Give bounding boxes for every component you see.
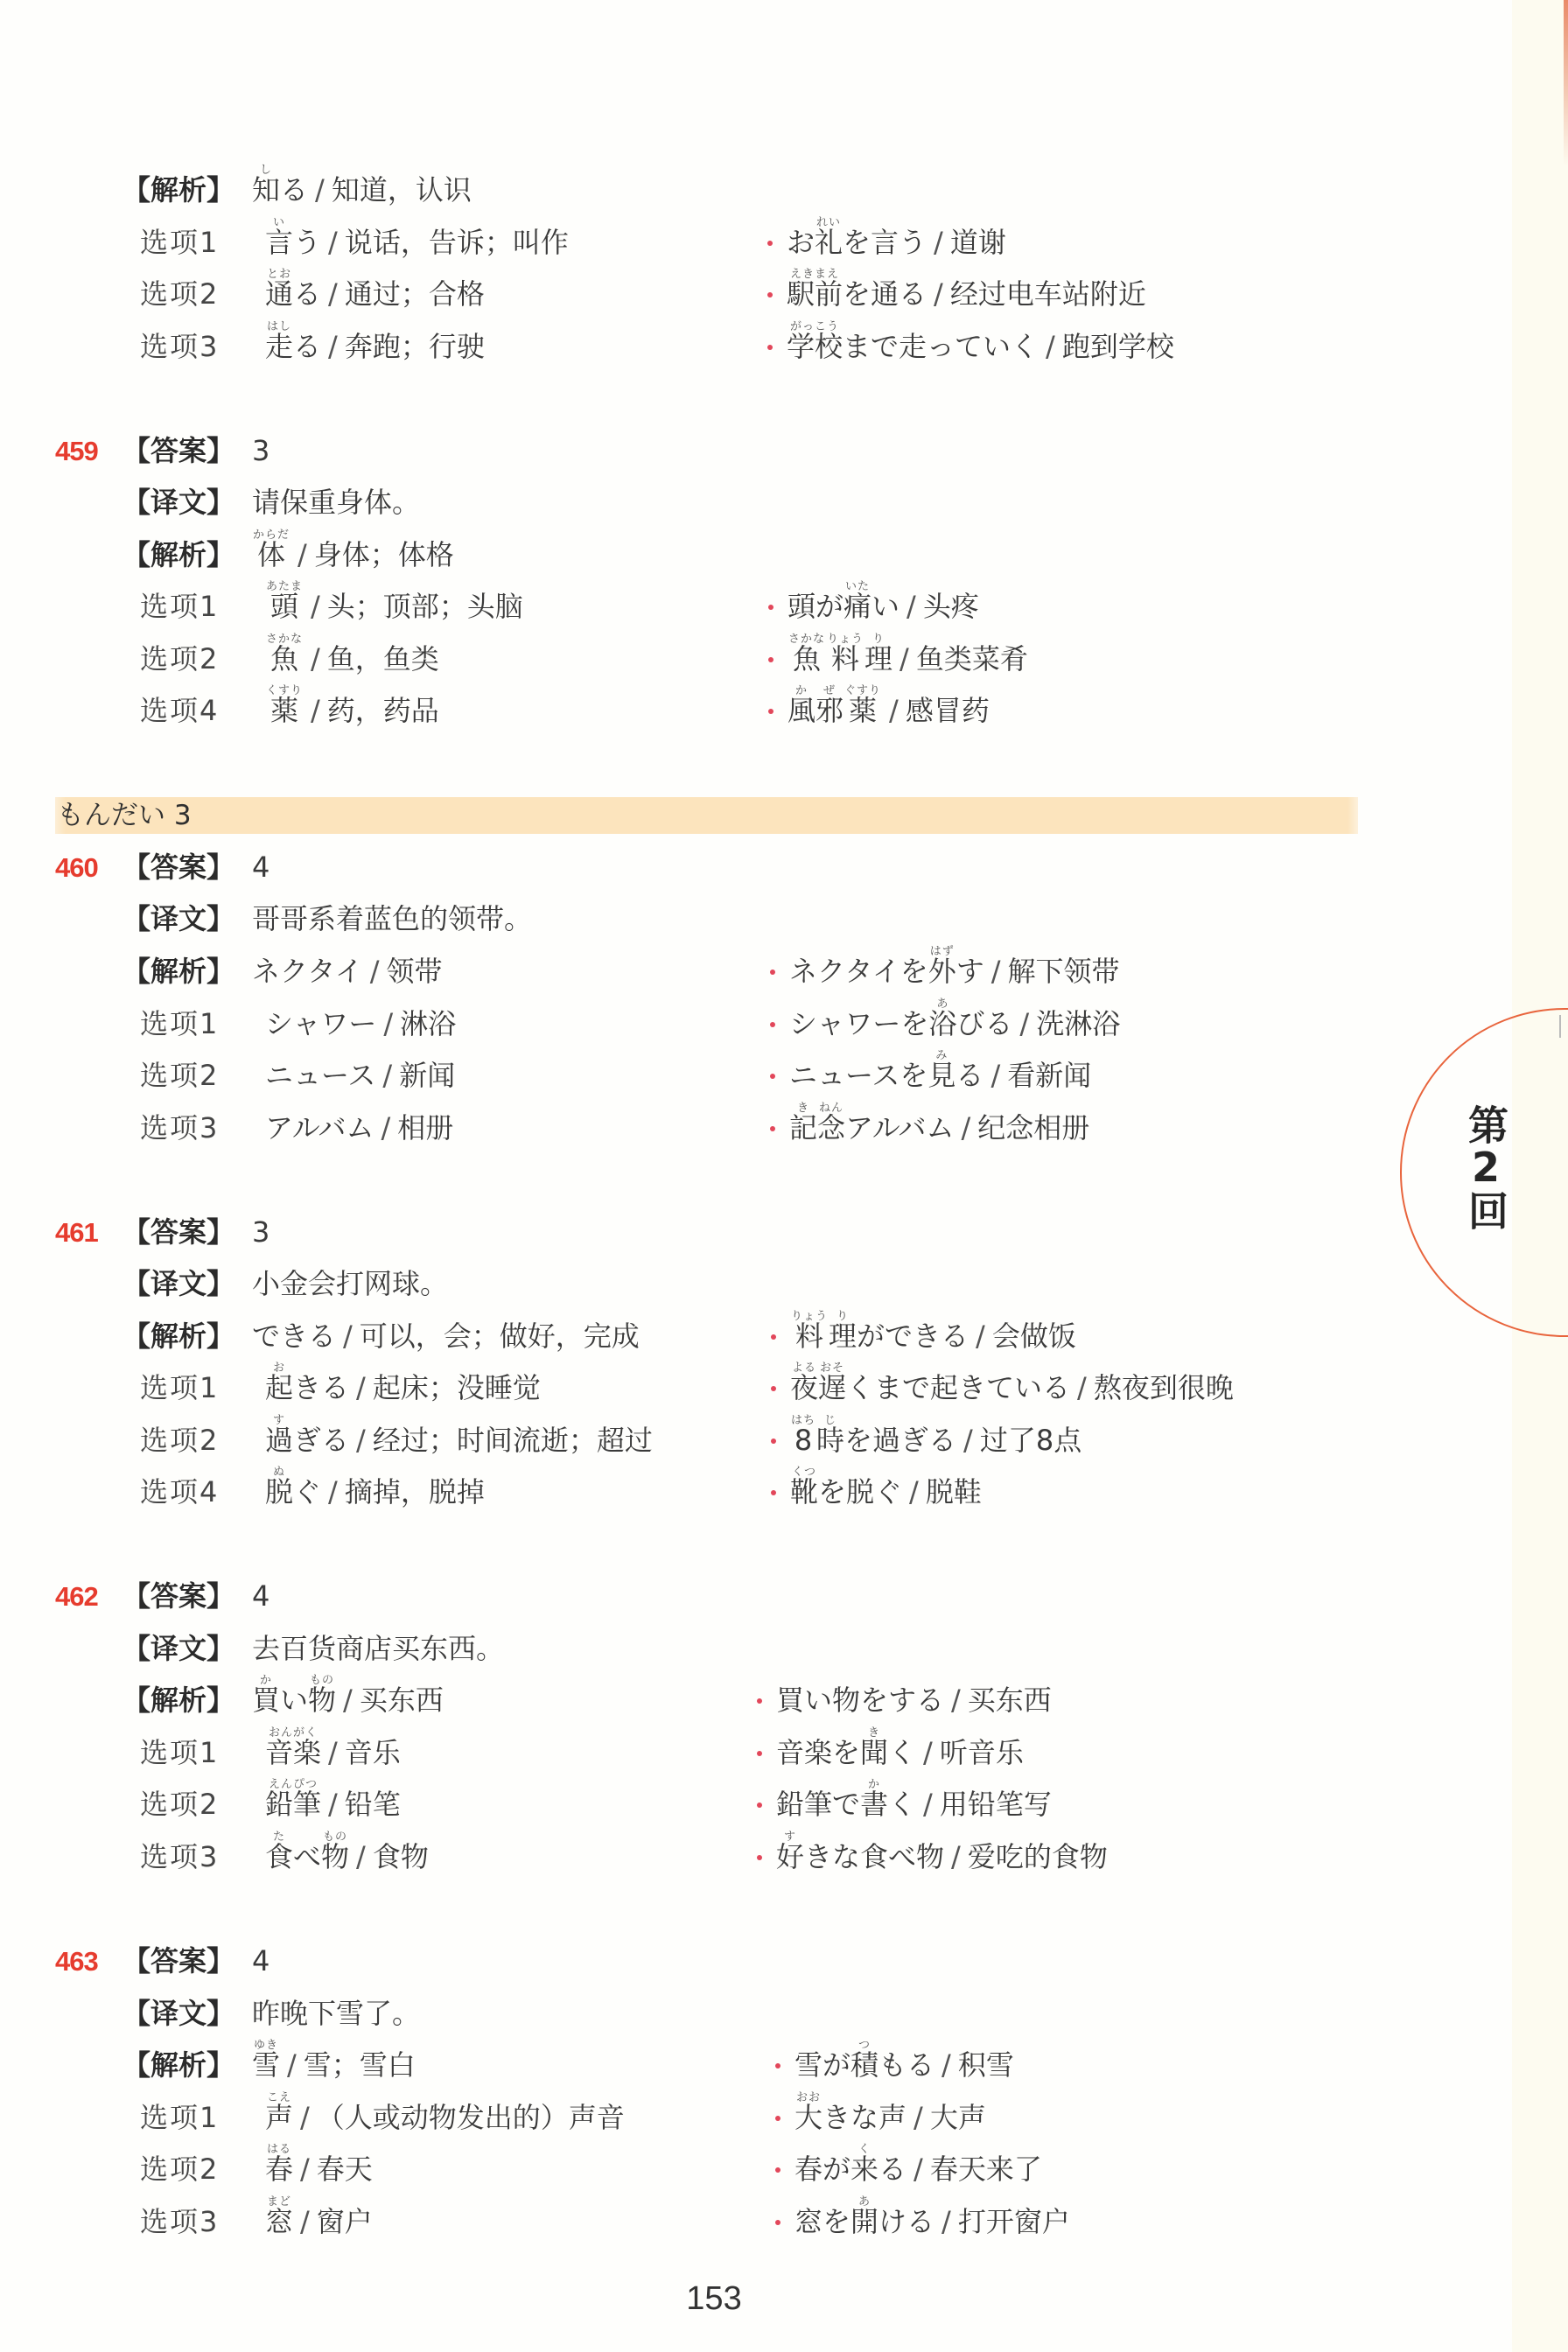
bullet-icon — [771, 1334, 776, 1340]
bullet-icon — [767, 292, 773, 297]
separator: / — [951, 1840, 961, 1873]
vocab-term: ぬ脱ぐ — [265, 1475, 321, 1508]
question-number: 463 — [55, 1935, 98, 1988]
example-meaning: 积雪 — [958, 2048, 1014, 2082]
example-phrase: りょう料り理ができる/会做饭 — [790, 1311, 1076, 1363]
separator: / — [356, 1371, 366, 1404]
text-run: 鉛筆で — [776, 1788, 860, 1821]
spacer — [0, 1519, 1487, 1571]
separator: / — [941, 2205, 951, 2238]
analysis-label: 【解析】 — [122, 2040, 234, 2092]
translation-content: 请保重身体。 — [252, 477, 420, 529]
row-answer: 463【答案】4 — [0, 1935, 1487, 1988]
furigana-word: おお大 — [794, 2092, 822, 2131]
option-content: ぬ脱ぐ/摘掉，脱掉 — [265, 1466, 485, 1519]
analysis-content: できる/可以，会；做好，完成 — [252, 1311, 640, 1363]
furigana-base: 物 — [308, 1687, 336, 1713]
separator: / — [990, 1059, 1000, 1092]
furigana-word: いた痛 — [843, 581, 871, 619]
analysis-label: 【解析】 — [122, 946, 234, 998]
text-run: きな声 — [822, 2101, 906, 2134]
vocab-term: か買いもの物 — [252, 1683, 336, 1717]
text-run: 窓を — [794, 2205, 850, 2238]
option-label: 选项2 — [140, 1779, 219, 1831]
separator: / — [1077, 1371, 1087, 1404]
furigana-base: 夜 — [790, 1375, 818, 1401]
text-run: ニュースを — [789, 1059, 927, 1092]
row-option: 选项4ぬ脱ぐ/摘掉，脱掉くつ靴を脱ぐ/脱鞋 — [0, 1466, 1487, 1519]
translation-value: 小金会打网球。 — [252, 1267, 448, 1300]
furigana-base: 音楽 — [265, 1739, 321, 1766]
answer-content: 4 — [252, 1935, 269, 1988]
question-number: 459 — [55, 425, 98, 478]
example-meaning: 爱吃的食物 — [968, 1840, 1108, 1873]
example-japanese: 鉛筆でか書く — [776, 1788, 916, 1821]
furigana-word: た食 — [265, 1831, 293, 1870]
text-run: べ — [293, 1840, 321, 1873]
text-run: ける — [878, 2205, 934, 2238]
text-run: 春が — [794, 2152, 850, 2186]
row-option: 选项3アルバム/相册き記ねん念アルバム/纪念相册 — [0, 1102, 1487, 1155]
furigana-word: えんぴつ鉛筆 — [265, 1779, 321, 1817]
furigana-word: はず外 — [928, 946, 956, 984]
furigana-base: 食 — [265, 1844, 293, 1870]
analysis-label: 【解析】 — [122, 1311, 234, 1363]
row-answer: 461【答案】3 — [0, 1207, 1487, 1259]
option-content: アルバム/相册 — [265, 1102, 453, 1155]
separator: / — [328, 1736, 338, 1769]
question-block: 460【答案】4【译文】哥哥系着蓝色的领带。【解析】ネクタイ/领带ネクタイをはず… — [0, 842, 1487, 1154]
furigana-word: はち8 — [790, 1415, 816, 1453]
example-phrase: か風ぜ邪ぐすり薬/感冒药 — [787, 685, 990, 738]
example-meaning: 熬夜到很晚 — [1094, 1371, 1234, 1404]
translation-label: 【译文】 — [122, 477, 234, 529]
vocab-meaning: 雪；雪白 — [304, 2048, 416, 2082]
translation-content: 哥哥系着蓝色的领带。 — [252, 893, 532, 946]
translation-content: 小金会打网球。 — [252, 1258, 448, 1311]
text-run: シャワーを — [789, 1007, 928, 1040]
vocab-meaning: 奔跑；行驶 — [345, 330, 485, 363]
row-option: 选项2す過ぎる/经过；时间流逝；超过はち8じ時を過ぎる/过了8点 — [0, 1415, 1487, 1467]
furigana-base: 理 — [829, 1323, 857, 1349]
separator: / — [913, 2152, 923, 2186]
furigana-word: よる夜 — [790, 1362, 818, 1401]
row-analysis: 【解析】か買いもの物/买东西買い物をする/买东西 — [0, 1675, 1487, 1727]
row-translation: 【译文】小金会打网球。 — [0, 1258, 1487, 1311]
option-content: あたま頭/头；顶部；头脑 — [265, 581, 523, 633]
text-run: る — [293, 330, 321, 363]
separator: / — [951, 1683, 961, 1717]
example-meaning: 感冒药 — [906, 694, 990, 727]
example-meaning: 道谢 — [950, 226, 1006, 259]
vocab-term: ゆき雪 — [252, 2048, 280, 2082]
answer-label: 【答案】 — [122, 1207, 234, 1259]
furigana-base: 靴 — [790, 1479, 818, 1505]
furigana-base: 時 — [816, 1427, 844, 1453]
furigana-base: 風 — [787, 697, 815, 724]
option-label: 选项2 — [140, 269, 219, 321]
furigana-base: 聞 — [860, 1739, 888, 1766]
vocab-meaning: 鱼，鱼类 — [327, 642, 439, 675]
translation-label: 【译文】 — [122, 1623, 234, 1676]
row-option: 选项2はる春/春天春がく来る/春天来了 — [0, 2144, 1487, 2196]
vocab-term: こえ声 — [265, 2101, 293, 2134]
spacer — [0, 738, 1487, 790]
chapter-tab-tick — [1559, 1015, 1561, 1038]
text-run: もる — [878, 2048, 934, 2082]
furigana-word: ぬ脱 — [265, 1466, 293, 1505]
vocab-term: す過ぎる — [265, 1424, 349, 1457]
furigana-word: えきまえ駅前 — [787, 269, 843, 307]
bullet-icon — [767, 345, 773, 350]
example-phrase: 春がく来る/春天来了 — [794, 2144, 1042, 2196]
row-analysis: 【解析】からだ体/身体；体格 — [0, 529, 1487, 582]
spacer — [0, 1884, 1487, 1936]
furigana-word: り理 — [829, 1311, 857, 1349]
question-block: 461【答案】3【译文】小金会打网球。【解析】できる/可以，会；做好，完成りょう… — [0, 1207, 1487, 1519]
text-run: る — [293, 277, 321, 311]
answer-content: 4 — [252, 842, 269, 894]
answer-label: 【答案】 — [122, 1571, 234, 1623]
row-option: 选项3た食べもの物/食物す好きな食べ物/爱吃的食物 — [0, 1831, 1487, 1884]
separator: / — [991, 955, 1001, 988]
furigana-base: 走 — [265, 333, 293, 360]
example-japanese: 音楽をき聞く — [776, 1736, 916, 1769]
question-number: 461 — [55, 1207, 98, 1259]
furigana-base: 大 — [794, 2104, 822, 2131]
furigana-word: さかな魚 — [265, 633, 304, 672]
row-option: 选项1こえ声/（人或动物发出的）声音おお大きな声/大声 — [0, 2092, 1487, 2145]
text-run: ができる — [857, 1319, 969, 1353]
text-run: う — [293, 226, 321, 259]
separator: / — [328, 226, 338, 259]
furigana-word: れい礼 — [815, 217, 843, 255]
vocab-term: まど窓 — [265, 2205, 293, 2238]
vocab-meaning: 铅笔 — [345, 1788, 401, 1821]
bullet-icon — [775, 2220, 780, 2225]
furigana-word: つ積 — [850, 2040, 878, 2078]
page-edge-mark — [1564, 0, 1568, 166]
answer-content: 3 — [252, 1207, 269, 1259]
text-run: く — [888, 1736, 916, 1769]
example-japanese: か風ぜ邪ぐすり薬 — [787, 694, 882, 727]
bullet-icon — [771, 1438, 776, 1444]
analysis-label: 【解析】 — [122, 529, 234, 582]
row-option: 选项2えんぴつ鉛筆/铅笔鉛筆でか書く/用铅笔写 — [0, 1779, 1487, 1831]
furigana-word: み見 — [927, 1050, 955, 1088]
example-phrase: がっこう学校まで走っていく/跑到学校 — [787, 321, 1174, 374]
separator: / — [899, 642, 909, 675]
option-content: はる春/春天 — [265, 2144, 373, 2196]
question-block: 【解析】し知る/知道，认识选项1い言う/说话，告诉；叫作おれい礼を言う/道谢选项… — [0, 164, 1487, 373]
furigana-word: こえ声 — [265, 2092, 293, 2131]
text-run: ネクタイを — [789, 955, 928, 988]
option-content: こえ声/（人或动物发出的）声音 — [265, 2092, 625, 2145]
furigana-base: 浴 — [928, 1011, 956, 1037]
furigana-word: もの物 — [308, 1675, 336, 1713]
row-option: 选项3はし走る/奔跑；行驶がっこう学校まで走っていく/跑到学校 — [0, 321, 1487, 374]
example-japanese: くつ靴を脱ぐ — [790, 1475, 902, 1508]
example-japanese: 頭がいた痛い — [787, 590, 899, 623]
example-phrase: おお大きな声/大声 — [794, 2092, 986, 2145]
row-option: 选项1シャワー/淋浴シャワーをあ浴びる/洗淋浴 — [0, 998, 1487, 1051]
bullet-icon — [757, 1698, 762, 1704]
vocab-term: からだ体 — [252, 538, 290, 571]
furigana-base: 魚 — [265, 646, 304, 672]
furigana-base: 過 — [265, 1427, 293, 1453]
separator: / — [383, 1007, 393, 1040]
furigana-base: 料 — [826, 646, 864, 672]
furigana-word: あ開 — [850, 2196, 878, 2235]
text-run: アルバム — [265, 1111, 374, 1144]
separator: / — [311, 694, 320, 727]
vocab-term: あたま頭 — [265, 590, 304, 623]
row-option: 选项1おんがく音楽/音乐音楽をき聞く/听音乐 — [0, 1727, 1487, 1780]
example-phrase: 窓をあ開ける/打开窗户 — [794, 2196, 1070, 2249]
vocab-meaning: 头；顶部；头脑 — [327, 590, 523, 623]
furigana-base: 声 — [265, 2104, 293, 2131]
furigana-base: 念 — [817, 1115, 845, 1141]
row-answer: 459【答案】3 — [0, 425, 1487, 478]
row-option: 选项1い言う/说话，告诉；叫作おれい礼を言う/道谢 — [0, 217, 1487, 269]
furigana-base: 記 — [789, 1115, 817, 1141]
option-content: とお通る/通过；合格 — [265, 269, 485, 321]
question-block: 459【答案】3【译文】请保重身体。【解析】からだ体/身体；体格选项1あたま頭/… — [0, 425, 1487, 738]
bullet-icon — [770, 1126, 775, 1131]
text-run: く — [888, 1788, 916, 1821]
text-run: る — [280, 173, 308, 206]
furigana-word: ゆき雪 — [252, 2040, 280, 2078]
furigana-base: 鉛筆 — [265, 1791, 321, 1817]
option-label: 选项1 — [140, 1362, 219, 1415]
furigana-word: あ浴 — [928, 998, 956, 1037]
answer-value: 4 — [252, 1944, 269, 1977]
separator: / — [311, 590, 320, 623]
furigana-base: 外 — [928, 958, 956, 984]
furigana-base: 駅前 — [787, 281, 843, 307]
example-meaning: 用铅笔写 — [940, 1788, 1052, 1821]
row-answer: 460【答案】4 — [0, 842, 1487, 894]
furigana-word: す好 — [776, 1831, 804, 1870]
separator: / — [328, 1788, 338, 1821]
example-meaning: 会做饭 — [992, 1319, 1076, 1353]
text-run: ぐ — [293, 1475, 321, 1508]
row-analysis: 【解析】ゆき雪/雪；雪白雪がつ積もる/积雪 — [0, 2040, 1487, 2092]
vocab-meaning: 音乐 — [345, 1736, 401, 1769]
furigana-word: おんがく音楽 — [265, 1727, 321, 1766]
example-phrase: さかな魚りょう料り理/鱼类菜肴 — [787, 633, 1028, 686]
vocab-meaning: 新闻 — [399, 1059, 455, 1092]
furigana-base: 邪 — [815, 697, 843, 724]
example-japanese: 買い物をする — [776, 1683, 944, 1717]
example-japanese: ネクタイをはず外す — [789, 955, 984, 988]
furigana-base: 体 — [252, 542, 290, 568]
example-meaning: 纪念相册 — [977, 1111, 1089, 1144]
vocab-term: はし走る — [265, 330, 321, 363]
text-run: す — [956, 955, 984, 988]
furigana-base: 雪 — [252, 2052, 280, 2078]
furigana-base: 見 — [927, 1062, 955, 1088]
separator: / — [287, 2048, 297, 2082]
vocab-meaning: 淋浴 — [400, 1007, 456, 1040]
text-run: くまで起きている — [846, 1371, 1070, 1404]
vocab-meaning: 领带 — [387, 955, 443, 988]
answer-content: 4 — [252, 1571, 269, 1623]
example-meaning: 洗淋浴 — [1036, 1007, 1120, 1040]
option-label: 选项1 — [140, 217, 219, 269]
vocab-term: シャワー — [265, 1007, 376, 1040]
bullet-icon — [771, 1490, 776, 1495]
row-translation: 【译文】请保重身体。 — [0, 477, 1487, 529]
vocab-meaning: 说话，告诉；叫作 — [345, 226, 569, 259]
section-title: もんだい 3 — [57, 797, 192, 834]
example-phrase: 買い物をする/买东西 — [776, 1675, 1052, 1727]
separator: / — [300, 2152, 310, 2186]
vocab-meaning: （人或动物发出的）声音 — [317, 2101, 625, 2134]
option-content: えんぴつ鉛筆/铅笔 — [265, 1779, 401, 1831]
separator: / — [370, 955, 380, 988]
answer-value: 4 — [252, 1579, 269, 1613]
translation-content: 昨晚下雪了。 — [252, 1988, 420, 2040]
furigana-base: 来 — [850, 2156, 878, 2182]
option-content: い言う/说话，告诉；叫作 — [265, 217, 569, 269]
option-label: 选项2 — [140, 1050, 219, 1102]
vocab-meaning: 身体；体格 — [314, 538, 454, 571]
separator: / — [1019, 1007, 1029, 1040]
furigana-base: 遅 — [818, 1375, 846, 1401]
example-phrase: す好きな食べ物/爱吃的食物 — [776, 1831, 1108, 1884]
row-option: 选项1お起きる/起床；没睡觉よる夜おそ遅くまで起きている/熬夜到很晚 — [0, 1362, 1487, 1415]
vocab-term: た食べもの物 — [265, 1840, 349, 1873]
furigana-word: ぐすり薬 — [843, 685, 882, 724]
bullet-icon — [770, 1022, 775, 1027]
example-meaning: 经过电车站附近 — [950, 277, 1146, 311]
vocab-meaning: 春天 — [317, 2152, 373, 2186]
vocab-term: い言う — [265, 226, 321, 259]
row-analysis: 【解析】できる/可以，会；做好，完成りょう料り理ができる/会做饭 — [0, 1311, 1487, 1363]
furigana-word: はる春 — [265, 2144, 293, 2182]
separator: / — [382, 1059, 392, 1092]
furigana-base: 買 — [252, 1687, 280, 1713]
text-run: まで走っていく — [843, 330, 1039, 363]
furigana-word: りょう料 — [790, 1311, 829, 1349]
vocab-term: おんがく音楽 — [265, 1736, 321, 1769]
furigana-base: 料 — [790, 1323, 829, 1349]
example-phrase: き記ねん念アルバム/纪念相册 — [789, 1102, 1089, 1155]
option-label: 选项1 — [140, 1727, 219, 1780]
example-japanese: す好きな食べ物 — [776, 1840, 944, 1873]
bullet-icon — [757, 1802, 762, 1808]
furigana-word: くつ靴 — [790, 1466, 818, 1505]
separator: / — [328, 330, 338, 363]
option-content: ニュース/新闻 — [265, 1050, 455, 1102]
separator: / — [300, 2205, 310, 2238]
example-japanese: えきまえ駅前を通る — [787, 277, 927, 311]
vocab-term: くすり薬 — [265, 694, 304, 727]
example-japanese: よる夜おそ遅くまで起きている — [790, 1371, 1070, 1404]
separator: / — [315, 173, 325, 206]
row-option: 选项3まど窓/窗户窓をあ開ける/打开窗户 — [0, 2196, 1487, 2249]
separator: / — [328, 1475, 338, 1508]
furigana-word: もの物 — [321, 1831, 349, 1870]
separator: / — [343, 1683, 353, 1717]
translation-value: 哥哥系着蓝色的领带。 — [252, 902, 532, 935]
text-run: お — [787, 226, 815, 259]
furigana-base: 書 — [860, 1791, 888, 1817]
furigana-word: まど窓 — [265, 2196, 293, 2235]
bullet-icon — [775, 2167, 780, 2173]
example-japanese: シャワーをあ浴びる — [789, 1007, 1012, 1040]
furigana-word: す過 — [265, 1415, 293, 1453]
example-meaning: 鱼类菜肴 — [916, 642, 1028, 675]
furigana-word: とお通 — [265, 269, 293, 307]
furigana-base: 理 — [864, 646, 892, 672]
example-phrase: おれい礼を言う/道谢 — [787, 217, 1006, 269]
text-run: る — [955, 1059, 983, 1092]
separator: / — [962, 1111, 971, 1144]
vocab-term: ネクタイ — [252, 955, 363, 988]
vocab-term: ニュース — [265, 1059, 375, 1092]
row-option: 选项1あたま頭/头；顶部；头脑頭がいた痛い/头疼 — [0, 581, 1487, 633]
furigana-word: か書 — [860, 1779, 888, 1817]
example-meaning: 春天来了 — [930, 2152, 1042, 2186]
example-japanese: がっこう学校まで走っていく — [787, 330, 1039, 363]
text-run: い — [871, 590, 899, 623]
answer-value: 4 — [252, 850, 269, 884]
analysis-label: 【解析】 — [122, 1675, 234, 1727]
question-block: 463【答案】4【译文】昨晚下雪了。【解析】ゆき雪/雪；雪白雪がつ積もる/积雪选… — [0, 1935, 1487, 2248]
answer-key-content: 【解析】し知る/知道，认识选项1い言う/说话，告诉；叫作おれい礼を言う/道谢选项… — [0, 164, 1487, 2248]
bullet-icon — [768, 657, 773, 662]
separator: / — [381, 1111, 390, 1144]
furigana-word: あたま頭 — [265, 581, 304, 619]
answer-label: 【答案】 — [122, 425, 234, 478]
option-label: 选项4 — [140, 1466, 219, 1519]
spacer — [0, 1154, 1487, 1207]
furigana-word: く来 — [850, 2144, 878, 2182]
furigana-base: 積 — [850, 2052, 878, 2078]
example-phrase: 頭がいた痛い/头疼 — [787, 581, 979, 633]
text-run: 雪が — [794, 2048, 850, 2082]
option-label: 选项2 — [140, 633, 219, 686]
option-label: 选项3 — [140, 1831, 219, 1884]
text-run: びる — [956, 1007, 1012, 1040]
text-run: シャワー — [265, 1007, 376, 1040]
furigana-word: き聞 — [860, 1727, 888, 1766]
separator: / — [356, 1424, 366, 1457]
bullet-icon — [757, 1751, 762, 1756]
row-answer: 462【答案】4 — [0, 1571, 1487, 1623]
furigana-word: はし走 — [265, 321, 293, 360]
vocab-term: できる — [252, 1319, 336, 1353]
vocab-meaning: 知道，认识 — [332, 173, 472, 206]
furigana-word: き記 — [789, 1102, 817, 1141]
furigana-word: お起 — [265, 1362, 293, 1401]
vocab-meaning: 摘掉，脱掉 — [345, 1475, 485, 1508]
text-run: ネクタイ — [252, 955, 363, 988]
example-phrase: よる夜おそ遅くまで起きている/熬夜到很晚 — [790, 1362, 1234, 1415]
example-meaning: 打开窗户 — [958, 2205, 1070, 2238]
bullet-icon — [767, 241, 773, 246]
text-run: きる — [293, 1371, 349, 1404]
analysis-content: ゆき雪/雪；雪白 — [252, 2040, 416, 2092]
vocab-meaning: 经过；时间流逝；超过 — [373, 1424, 653, 1457]
example-phrase: くつ靴を脱ぐ/脱鞋 — [790, 1466, 982, 1519]
option-content: お起きる/起床；没睡觉 — [265, 1362, 541, 1415]
analysis-content: し知る/知道，认识 — [252, 164, 472, 217]
example-japanese: おお大きな声 — [794, 2101, 906, 2134]
page-number: 153 — [670, 2279, 758, 2318]
